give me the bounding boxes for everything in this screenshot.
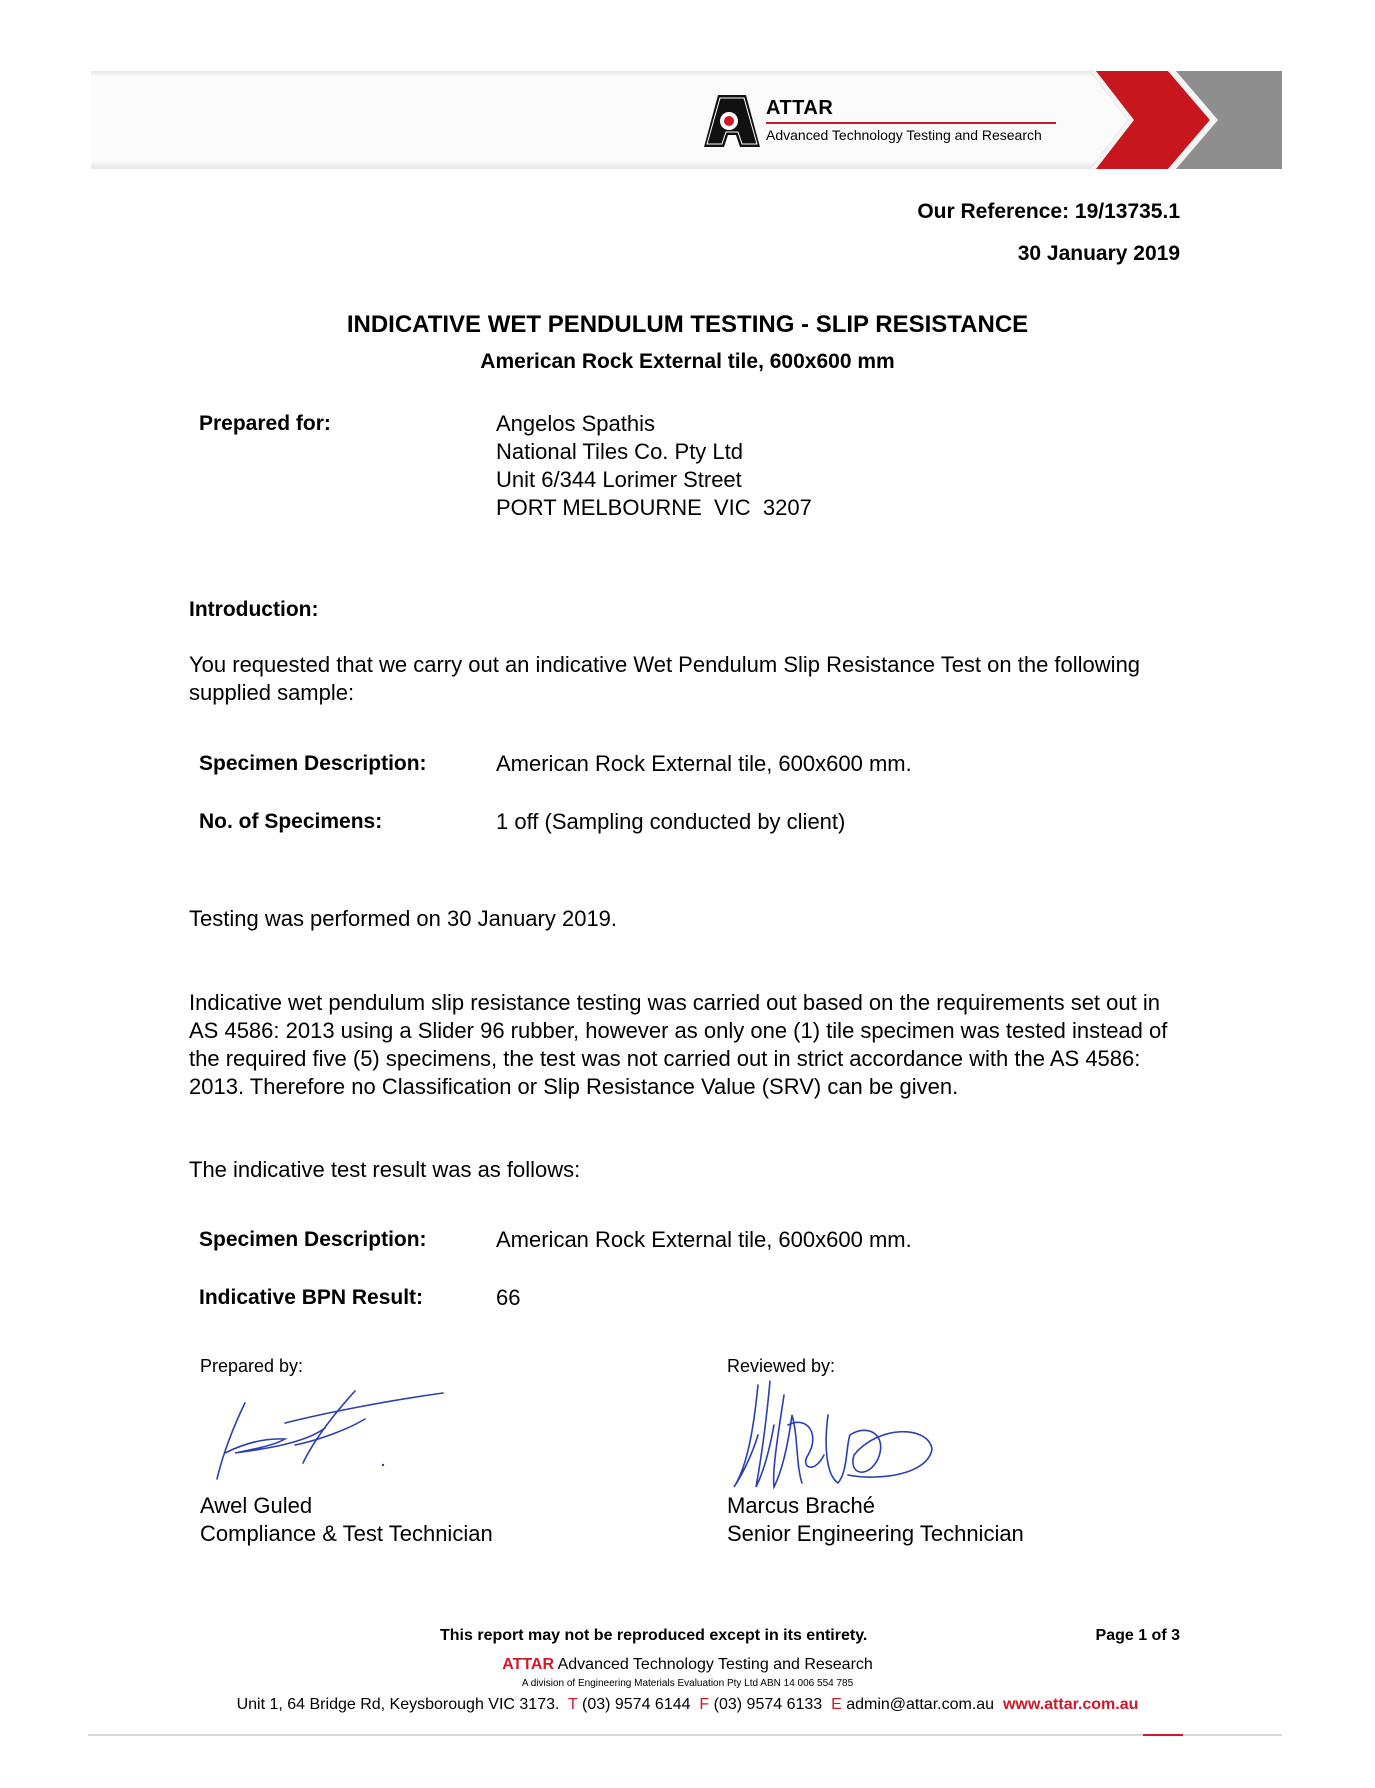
footer-division: A division of Engineering Materials Eval… (0, 1678, 1375, 1689)
client-street: Unit 6/344 Lorimer Street (496, 466, 812, 494)
prepared-for-label: Prepared for: (199, 412, 331, 436)
specimen-count-label: No. of Specimens: (199, 810, 382, 834)
result-specimen-label: Specimen Description: (199, 1228, 427, 1252)
introduction-heading: Introduction: (189, 598, 318, 622)
footer-accent (1143, 1734, 1183, 1736)
phone-label: T (568, 1696, 577, 1713)
fax-label: F (699, 1696, 709, 1713)
footer-reproduction-note: This report may not be reproduced except… (440, 1627, 867, 1645)
client-city: PORT MELBOURNE VIC 3207 (496, 494, 812, 522)
signature-awel-guled (205, 1383, 455, 1483)
reviewer-name: Marcus Braché (727, 1492, 875, 1520)
report-title: INDICATIVE WET PENDULUM TESTING - SLIP R… (0, 311, 1375, 339)
footer-company-name: Advanced Technology Testing and Research (554, 1656, 873, 1673)
reviewer-role: Senior Engineering Technician (727, 1520, 1024, 1548)
report-date: 30 January 2019 (1018, 242, 1180, 266)
logo-name: ATTAR (766, 97, 833, 120)
email-link[interactable]: admin@attar.com.au (846, 1696, 994, 1713)
testing-date-text: Testing was performed on 30 January 2019… (189, 905, 1169, 933)
method-paragraph: Indicative wet pendulum slip resistance … (189, 989, 1169, 1101)
page-number: Page 1 of 3 (1096, 1627, 1180, 1645)
report-subtitle: American Rock External tile, 600x600 mm (0, 350, 1375, 374)
specimen-description-label: Specimen Description: (199, 752, 427, 776)
preparer-name: Awel Guled (200, 1492, 312, 1520)
client-company: National Tiles Co. Pty Ltd (496, 438, 812, 466)
footer-brand: ATTAR (502, 1656, 554, 1673)
website-link[interactable]: www.attar.com.au (1003, 1696, 1138, 1713)
email-label: E (831, 1696, 842, 1713)
footer-company: ATTAR Advanced Technology Testing and Re… (0, 1656, 1375, 1674)
introduction-paragraph: You requested that we carry out an indic… (189, 651, 1169, 707)
grey-chevron-decoration (1168, 71, 1282, 169)
phone-number: (03) 9574 6144 (582, 1696, 691, 1713)
signature-marcus-brache (728, 1375, 938, 1493)
preparer-role: Compliance & Test Technician (200, 1520, 493, 1548)
bpn-result-label: Indicative BPN Result: (199, 1286, 423, 1310)
bpn-result-value: 66 (496, 1284, 520, 1312)
prepared-by-label: Prepared by: (200, 1356, 303, 1377)
attar-logo-icon (702, 93, 762, 149)
reviewed-by-label: Reviewed by: (727, 1356, 835, 1377)
client-name: Angelos Spathis (496, 410, 812, 438)
logo-tagline: Advanced Technology Testing and Research (766, 127, 1042, 143)
our-reference: Our Reference: 19/13735.1 (917, 200, 1180, 224)
footer-address: Unit 1, 64 Bridge Rd, Keysborough VIC 31… (237, 1696, 560, 1713)
result-specimen-value: American Rock External tile, 600x600 mm. (496, 1226, 912, 1254)
specimen-description-value: American Rock External tile, 600x600 mm. (496, 750, 912, 778)
prepared-for-address: Angelos Spathis National Tiles Co. Pty L… (496, 410, 812, 522)
specimen-count-value: 1 off (Sampling conducted by client) (496, 808, 845, 836)
footer-contact: Unit 1, 64 Bridge Rd, Keysborough VIC 31… (0, 1696, 1375, 1714)
fax-number: (03) 9574 6133 (714, 1696, 823, 1713)
logo-rule (766, 122, 1056, 124)
footer-divider (88, 1734, 1282, 1736)
result-intro: The indicative test result was as follow… (189, 1156, 1169, 1184)
